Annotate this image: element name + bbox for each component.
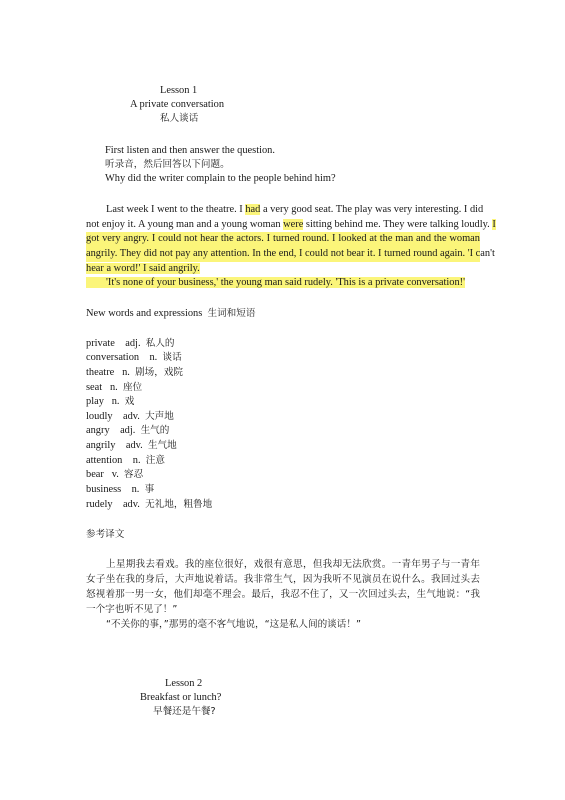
passage-row: not enjoy it. A young man and a young wo…: [86, 218, 480, 233]
vocab-word: loudly: [86, 411, 113, 422]
passage-row: 'It's none of your business,' the young …: [86, 276, 480, 291]
vocab-pos: adj.: [120, 425, 135, 436]
vocab-item: loudly adv. 大声地: [86, 410, 174, 424]
translation-row: 一个字也听不见了！”: [86, 602, 480, 617]
vocab-item: attention n. 注意: [86, 454, 165, 468]
vocab-word: theatre: [86, 367, 114, 378]
highlighted-text: had: [245, 204, 260, 215]
vocab-item: play n. 戏: [86, 395, 134, 409]
vocab-word: private: [86, 338, 115, 349]
translation-row: “不关你的事，”那男的毫不客气地说，“这是私人间的谈话！”: [86, 617, 480, 632]
translation-row: 女子坐在我的身后，大声地说着话。我非常生气，因为我听不见演员在说什么。我回过头去: [86, 572, 480, 587]
lesson-subtitle: A private conversation: [130, 98, 224, 112]
vocab-meaning: 无礼地，粗鲁地: [145, 499, 212, 510]
text: sitting behind me. They were talking lou…: [303, 219, 492, 230]
lesson2-title: Lesson 2: [165, 677, 202, 691]
passage-row-highlighted: got very angry. I could not hear the act…: [86, 232, 480, 247]
lesson-title: Lesson 1: [160, 84, 197, 98]
vocab-pos: n.: [133, 455, 141, 466]
translation-paragraph: 上星期我去看戏。我的座位很好，戏很有意思，但我却无法欣赏。一青年男子与一青年 女…: [86, 557, 480, 632]
vocab-item: private adj. 私人的: [86, 337, 175, 351]
vocab-pos: n.: [149, 352, 157, 363]
vocab-item: angrily adv. 生气地: [86, 439, 177, 453]
vocab-pos: v.: [112, 469, 119, 480]
vocab-meaning: 生气的: [141, 425, 170, 436]
text: not enjoy it. A young man and a young wo…: [86, 219, 283, 230]
passage-row: hear a word!' I said angrily.: [86, 262, 480, 277]
lesson2-subtitle: Breakfast or lunch?: [140, 691, 221, 705]
vocab-meaning: 戏: [125, 396, 135, 407]
vocab-word: angry: [86, 425, 110, 436]
lesson-subtitle-cn: 私人谈话: [160, 112, 198, 126]
vocab-heading-cn: 生词和短语: [208, 308, 256, 319]
vocab-pos: adv.: [123, 411, 140, 422]
vocab-item: bear v. 容忍: [86, 468, 143, 482]
highlighted-text: 'It's none of your business,' the young …: [86, 277, 465, 288]
vocab-item: angry adj. 生气的: [86, 424, 169, 438]
passage-row: Last week I went to the theatre. I had a…: [86, 203, 480, 218]
vocab-meaning: 谈话: [162, 352, 181, 363]
translation-row: 上星期我去看戏。我的座位很好，戏很有意思，但我却无法欣赏。一青年男子与一青年: [86, 557, 480, 572]
vocab-meaning: 事: [145, 484, 155, 495]
vocab-pos: n.: [122, 367, 130, 378]
vocab-meaning: 注意: [146, 455, 165, 466]
translation-heading: 参考译文: [86, 528, 124, 542]
vocab-word: business: [86, 484, 121, 495]
vocab-word: conversation: [86, 352, 139, 363]
instruction: First listen and then answer the questio…: [105, 144, 275, 158]
passage: Last week I went to the theatre. I had a…: [86, 203, 480, 291]
text: Last week I went to the theatre. I: [106, 204, 245, 215]
vocab-word: play: [86, 396, 104, 407]
instruction-cn: 听录音，然后回答以下问题。: [105, 158, 230, 172]
vocab-item: seat n. 座位: [86, 381, 142, 395]
vocab-pos: n.: [132, 484, 140, 495]
vocab-word: seat: [86, 382, 102, 393]
lesson2-subtitle-cn: 早餐还是午餐?: [153, 705, 216, 719]
passage-row-highlighted: angrily. They did not pay any attention.…: [86, 247, 480, 262]
vocab-word: rudely: [86, 499, 113, 510]
vocab-meaning: 私人的: [146, 338, 175, 349]
vocab-pos: adv.: [126, 440, 143, 451]
vocab-meaning: 座位: [123, 382, 142, 393]
vocab-word: angrily: [86, 440, 115, 451]
question: Why did the writer complain to the peopl…: [105, 172, 336, 186]
vocab-pos: n.: [110, 382, 118, 393]
vocab-item: business n. 事: [86, 483, 154, 497]
text: a very good seat. The play was very inte…: [260, 204, 483, 215]
vocab-item: rudely adv. 无礼地，粗鲁地: [86, 498, 212, 512]
highlighted-text: I: [492, 219, 495, 230]
highlighted-text: were: [283, 219, 303, 230]
vocab-meaning: 生气地: [148, 440, 177, 451]
vocab-meaning: 剧场，戏院: [135, 367, 183, 378]
vocab-pos: adv.: [123, 499, 140, 510]
vocab-meaning: 大声地: [145, 411, 174, 422]
vocab-meaning: 容忍: [124, 469, 143, 480]
vocab-pos: adj.: [125, 338, 140, 349]
vocab-word: attention: [86, 455, 122, 466]
vocab-heading: New words and expressions 生词和短语: [86, 307, 255, 321]
vocab-heading-en: New words and expressions: [86, 308, 202, 319]
vocab-item: conversation n. 谈话: [86, 351, 182, 365]
vocab-item: theatre n. 剧场，戏院: [86, 366, 183, 380]
translation-row: 怒视着那一男一女，他们却毫不理会。最后，我忍不住了，又一次回过头去，生气地说：“…: [86, 587, 480, 602]
highlighted-text: hear a word!' I said angrily.: [86, 263, 200, 274]
vocab-pos: n.: [112, 396, 120, 407]
vocab-word: bear: [86, 469, 104, 480]
